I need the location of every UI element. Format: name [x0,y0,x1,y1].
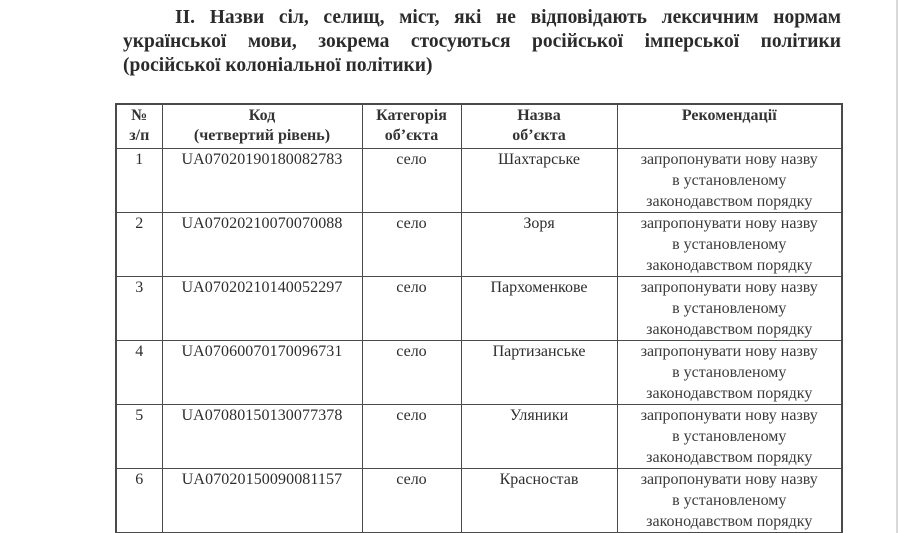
rec-line-2: в установленому [618,298,842,319]
rec-line-3: законодавством порядку [618,255,842,276]
cell-name: Зоря [461,213,617,277]
cell-number: 6 [116,469,162,533]
rec-line-2: в установленому [618,490,842,511]
rec-line-3: законодавством порядку [618,511,842,532]
cell-code: UA07020210140052297 [162,277,362,341]
header-code-line1: Код [163,106,362,126]
cell-code: UA07060070170096731 [162,341,362,405]
header-code-line2: (четвертий рівень) [163,126,362,146]
cell-name: Партизанське [461,341,617,405]
rec-line-1: запропонувати нову назву [618,277,842,298]
cell-code: UA07020190180082783 [162,149,362,213]
cell-category: село [362,405,461,469]
header-number-line1: № [117,106,162,126]
rec-line-2: в установленому [618,426,842,447]
cell-recommendation: запропонувати нову назву в установленому… [617,149,842,213]
header-code: Код (четвертий рівень) [162,104,362,149]
rec-line-1: запропонувати нову назву [618,405,842,426]
header-number: № з/п [116,104,162,149]
header-category: Категорія об’єкта [362,104,461,149]
table-row: 6 UA07020150090081157 село Красностав за… [116,469,842,533]
table-header-row: № з/п Код (четвертий рівень) Категорія о… [116,104,842,149]
cell-name: Красностав [461,469,617,533]
cell-category: село [362,469,461,533]
header-name-line1: Назва [462,106,617,126]
rec-line-3: законодавством порядку [618,191,842,212]
rec-line-2: в установленому [618,170,842,191]
rec-line-3: законодавством порядку [618,447,842,468]
cell-category: село [362,213,461,277]
header-name-line2: об’єкта [462,126,617,146]
table-row: 5 UA07080150130077378 село Уляники запро… [116,405,842,469]
header-recommendations: Рекомендації [617,104,842,149]
cell-code: UA07080150130077378 [162,405,362,469]
cell-recommendation: запропонувати нову назву в установленому… [617,469,842,533]
cell-number: 3 [116,277,162,341]
cell-recommendation: запропонувати нову назву в установленому… [617,405,842,469]
cell-category: село [362,341,461,405]
cell-name: Шахтарське [461,149,617,213]
cell-recommendation: запропонувати нову назву в установленому… [617,213,842,277]
cell-name: Пархоменкове [461,277,617,341]
cell-recommendation: запропонувати нову назву в установленому… [617,341,842,405]
heading-line-1: ІІ. Назви сіл, селищ, міст, які не відпо… [123,6,841,30]
cell-code: UA07020210070070088 [162,213,362,277]
table-row: 3 UA07020210140052297 село Пархоменкове … [116,277,842,341]
cell-number: 2 [116,213,162,277]
rec-line-3: законодавством порядку [618,383,842,404]
table-row: 4 UA07060070170096731 село Партизанське … [116,341,842,405]
cell-code: UA07020150090081157 [162,469,362,533]
rec-line-1: запропонувати нову назву [618,341,842,362]
table-row: 1 UA07020190180082783 село Шахтарське за… [116,149,842,213]
rec-line-2: в установленому [618,234,842,255]
heading-line-3: (російської колоніальної політики) [123,54,841,78]
cell-category: село [362,149,461,213]
rec-line-1: запропонувати нову назву [618,213,842,234]
cell-category: село [362,277,461,341]
header-recommendations-line1: Рекомендації [618,106,842,126]
cell-number: 5 [116,405,162,469]
page-edge-divider [896,0,898,533]
settlements-table: № з/п Код (четвертий рівень) Категорія о… [115,103,843,533]
header-number-line2: з/п [117,126,162,146]
header-category-line2: об’єкта [363,126,461,146]
rec-line-1: запропонувати нову назву [618,149,842,170]
heading-line-2: української мови, зокрема стосуються рос… [123,30,841,54]
cell-number: 1 [116,149,162,213]
section-heading: ІІ. Назви сіл, селищ, міст, які не відпо… [123,6,841,78]
rec-line-1: запропонувати нову назву [618,469,842,490]
cell-recommendation: запропонувати нову назву в установленому… [617,277,842,341]
header-category-line1: Категорія [363,106,461,126]
cell-number: 4 [116,341,162,405]
rec-line-2: в установленому [618,362,842,383]
table-row: 2 UA07020210070070088 село Зоря запропон… [116,213,842,277]
rec-line-3: законодавством порядку [618,319,842,340]
header-name: Назва об’єкта [461,104,617,149]
cell-name: Уляники [461,405,617,469]
